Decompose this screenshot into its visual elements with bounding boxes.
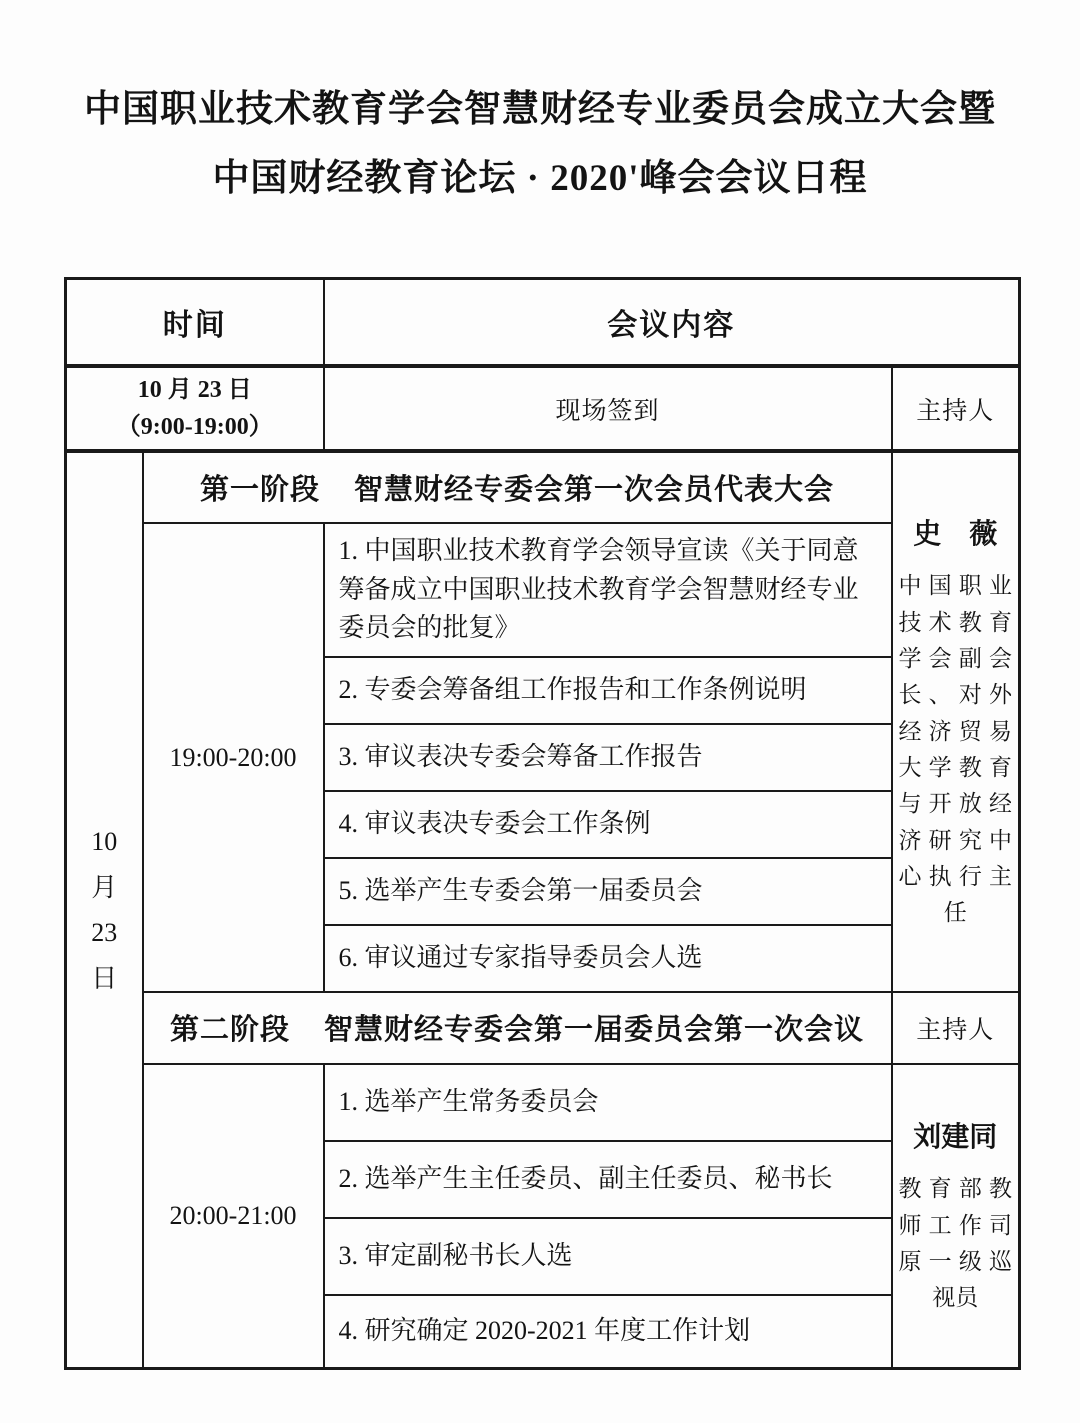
stage2-name: 智慧财经专委会第一届委员会第一次会议 (324, 1014, 864, 1046)
stage1-title-cell: 第一阶段智慧财经专委会第一次会员代表大会 (143, 451, 892, 523)
stage1-host-name: 史 薇 (897, 512, 1015, 552)
document-page: 中国职业技术教育学会智慧财经专业委员会成立大会暨 中国财经教育论坛 · 2020… (0, 0, 1080, 1423)
signin-row: 10 月 23 日 （9:00-19:00） 现场签到 主持人 (66, 366, 1020, 451)
stage2-time: 20:00-21:00 (143, 1064, 324, 1369)
date-vertical-2: 月 (67, 865, 142, 911)
stage1-host-cell: 史 薇 中国职业技术教育学会副会长、对外经济贸易大学教育与开放经济研究中心执行主… (892, 451, 1020, 991)
date-vertical-4: 日 (67, 956, 142, 1002)
signin-date: 10 月 23 日 (67, 372, 323, 409)
stage2-host-cell: 刘建同 教育部教师工作司原一级巡视员 (892, 1064, 1020, 1369)
agenda-table: 时间 会议内容 10 月 23 日 （9:00-19:00） 现场签到 主持人 … (64, 277, 1021, 1370)
stage1-time: 19:00-20:00 (143, 523, 324, 991)
stage2-host-name: 刘建同 (897, 1115, 1015, 1155)
signin-content: 现场签到 (324, 366, 892, 451)
header-content: 会议内容 (324, 278, 1020, 366)
stage1-item-4: 4. 审议表决专委会工作条例 (324, 791, 892, 858)
stage1-item-row-1: 19:00-20:00 1. 中国职业技术教育学会领导宣读《关于同意筹备成立中国… (66, 523, 1020, 656)
header-row: 时间 会议内容 (66, 278, 1020, 366)
title-line-2: 中国财经教育论坛 · 2020'峰会会议日程 (0, 159, 1080, 199)
stage1-host-title: 中国职业技术教育学会副会长、对外经济贸易大学教育与开放经济研究中心执行主任 (897, 568, 1015, 931)
date-column: 10 月 23 日 (66, 451, 143, 1368)
stage2-host-title: 教育部教师工作司原一级巡视员 (897, 1171, 1015, 1316)
stage1-name: 智慧财经专委会第一次会员代表大会 (354, 474, 834, 506)
stage2-item-row-1: 20:00-21:00 1. 选举产生常务委员会 刘建同 教育部教师工作司原一级… (66, 1064, 1020, 1141)
stage2-row: 第二阶段智慧财经专委会第一届委员会第一次会议 主持人 (66, 992, 1020, 1064)
signin-hours: （9:00-19:00） (67, 409, 323, 446)
stage2-item-4: 4. 研究确定 2020-2021 年度工作计划 (324, 1295, 892, 1369)
header-time: 时间 (66, 278, 324, 366)
stage1-row: 10 月 23 日 第一阶段智慧财经专委会第一次会员代表大会 史 薇 中国职业技… (66, 451, 1020, 523)
stage2-host-label: 主持人 (892, 992, 1020, 1064)
stage1-item-1: 1. 中国职业技术教育学会领导宣读《关于同意筹备成立中国职业技术教育学会智慧财经… (324, 523, 892, 656)
agenda-table-wrap: 时间 会议内容 10 月 23 日 （9:00-19:00） 现场签到 主持人 … (64, 277, 1080, 1370)
stage2-title-cell: 第二阶段智慧财经专委会第一届委员会第一次会议 (143, 992, 892, 1064)
stage1-item-2: 2. 专委会筹备组工作报告和工作条例说明 (324, 657, 892, 724)
stage1-item-6: 6. 审议通过专家指导委员会人选 (324, 925, 892, 992)
date-vertical-1: 10 (67, 819, 142, 865)
stage2-item-1: 1. 选举产生常务委员会 (324, 1064, 892, 1141)
stage1-label: 第一阶段 (200, 474, 320, 506)
stage1-item-3: 3. 审议表决专委会筹备工作报告 (324, 724, 892, 791)
stage1-item-5: 5. 选举产生专委会第一届委员会 (324, 858, 892, 925)
signin-host-label: 主持人 (892, 366, 1020, 451)
stage2-item-2: 2. 选举产生主任委员、副主任委员、秘书长 (324, 1141, 892, 1218)
date-vertical-3: 23 (67, 910, 142, 956)
signin-time-cell: 10 月 23 日 （9:00-19:00） (66, 366, 324, 451)
title-line-1: 中国职业技术教育学会智慧财经专业委员会成立大会暨 (0, 90, 1080, 130)
stage2-item-3: 3. 审定副秘书长人选 (324, 1218, 892, 1295)
stage2-label: 第二阶段 (170, 1014, 290, 1046)
document-title: 中国职业技术教育学会智慧财经专业委员会成立大会暨 中国财经教育论坛 · 2020… (0, 0, 1080, 199)
